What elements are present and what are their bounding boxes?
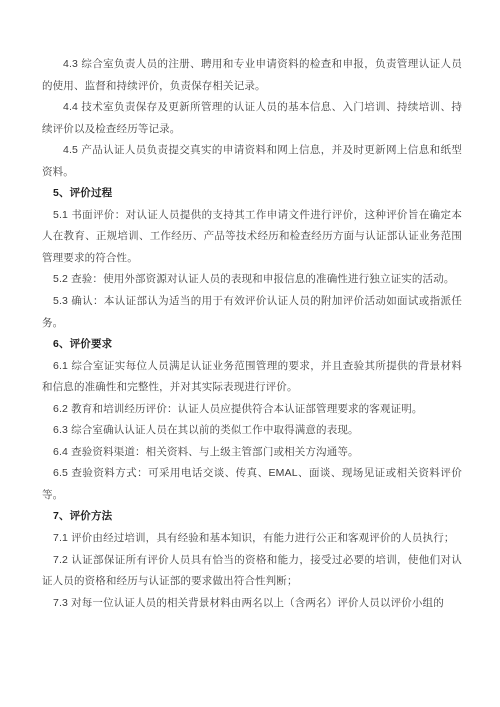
paragraph: 6.4 查验资料渠道：相关资料、与上级主管部门或相关方沟通等。 — [42, 442, 462, 464]
paragraph: 4.3 综合室负责人员的注册、聘用和专业申请资料的检查和申报，负责管理认证人员的… — [42, 54, 462, 97]
paragraph: 5.2 查验：使用外部资源对认证人员的表现和申报信息的准确性进行独立证实的活动。 — [42, 269, 462, 291]
paragraph: 6.2 教育和培训经历评价：认证人员应提供符合本认证部管理要求的客观证明。 — [42, 399, 462, 421]
paragraph: 7.1 评价由经过培训，具有经验和基本知识，有能力进行公正和客观评价的人员执行； — [42, 528, 462, 550]
paragraph: 6.5 查验资料方式：可采用电话交谈、传真、EMAL、面谈、现场见证或相关资料评… — [42, 463, 462, 506]
paragraph: 4.5 产品认证人员负责提交真实的申请资料和网上信息，并及时更新网上信息和纸型资… — [42, 140, 462, 183]
document-content: 4.3 综合室负责人员的注册、聘用和专业申请资料的检查和申报，负责管理认证人员的… — [0, 0, 500, 614]
paragraph: 4.4 技术室负责保存及更新所管理的认证人员的基本信息、入门培训、持续培训、持续… — [42, 97, 462, 140]
section-heading: 6、评价要求 — [42, 334, 462, 356]
paragraph: 5.1 书面评价：对认证人员提供的支持其工作申请文件进行评价，这种评价旨在确定本… — [42, 205, 462, 270]
paragraph: 5.3 确认：本认证部认为适当的用于有效评价认证人员的附加评价活动如面试或指派任… — [42, 291, 462, 334]
section-heading: 5、评价过程 — [42, 183, 462, 205]
paragraph: 6.3 综合室确认认证人员在其以前的类似工作中取得满意的表现。 — [42, 420, 462, 442]
document-page: 4.3 综合室负责人员的注册、聘用和专业申请资料的检查和申报，负责管理认证人员的… — [0, 0, 500, 707]
paragraph: 7.3 对每一位认证人员的相关背景材料由两名以上（含两名）评价人员以评价小组的 — [42, 593, 462, 615]
section-heading: 7、评价方法 — [42, 506, 462, 528]
paragraph: 6.1 综合室证实每位人员满足认证业务范围管理的要求，并且查验其所提供的背景材料… — [42, 356, 462, 399]
paragraph: 7.2 认证部保证所有评价人员具有恰当的资格和能力，接受过必要的培训，使他们对认… — [42, 550, 462, 593]
